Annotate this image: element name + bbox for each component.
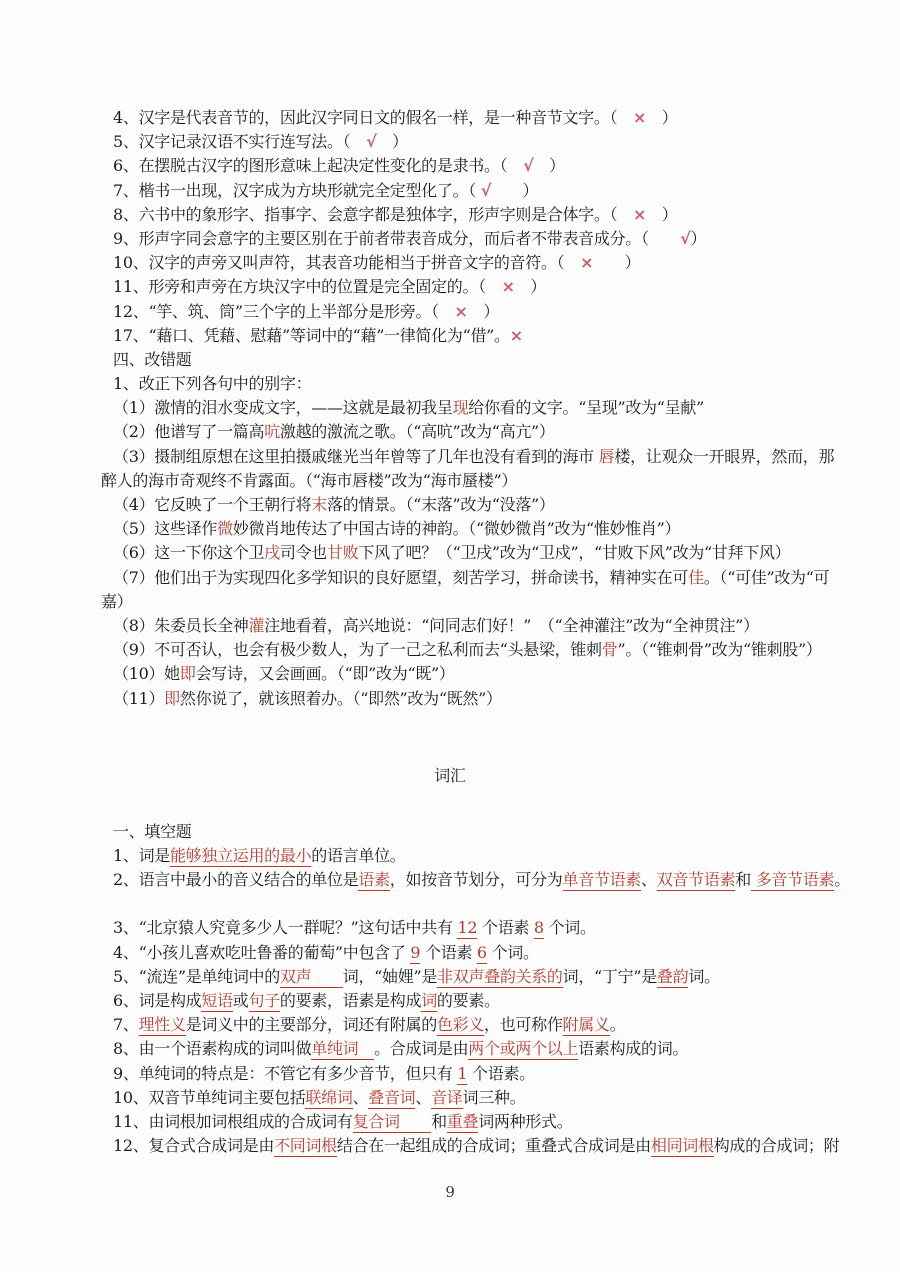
- answer-blank-filled: 双声: [280, 967, 343, 988]
- text-segment: 6、词是构成: [113, 991, 201, 1010]
- text-segment: 词两种形式。: [478, 1112, 572, 1131]
- text-segment: ）: [515, 277, 546, 296]
- text-segment: 一、填空题: [113, 822, 192, 841]
- text-segment: （10）她: [113, 664, 180, 683]
- text-segment: 8、六书中的象形字、指事字、会意字都是独体字，形声字则是合体字。（: [113, 205, 633, 224]
- text-segment: 四、改错题: [113, 350, 192, 369]
- text-segment: 6、在摆脱古汉字的图形意味上起决定性变化的是隶书。（: [113, 156, 523, 175]
- text-segment: 12、“竽、筑、筒”三个字的上半部分是形旁。（: [113, 302, 455, 321]
- answer-blank-filled: 短语: [201, 991, 232, 1012]
- section-heading: 四、改错题: [101, 348, 880, 372]
- correction-item: （5）这些译作微妙微肖地传达了中国古诗的神韵。（“微妙微肖”改为“惟妙惟肖”）: [101, 517, 880, 541]
- text-segment: 10、双音节单纯词主要包括: [113, 1088, 305, 1107]
- text-segment: 和: [735, 870, 751, 889]
- correction-item-wrap: 嘉）: [101, 590, 880, 614]
- answer-blank-filled: 音译: [431, 1088, 462, 1109]
- text-segment: （5）这些译作: [113, 519, 217, 538]
- answer-blank-filled: 单音节语素: [563, 870, 642, 891]
- correction-item: （2）他谱写了一篇高吭激越的激流之歌。（“高吭”改为“高亢”）: [101, 420, 880, 444]
- text-segment: 词，“妯娌”是: [343, 967, 437, 986]
- highlighted-char: 唇: [599, 447, 615, 466]
- text-segment: （3）摄制组原想在这里拍摄戚继光当年曾等了几年也没有看到的海市: [113, 447, 599, 466]
- vocab-item: 2、语言中最小的音义结合的单位是语素，如按音节划分，可分为单音节语素、双音节语素…: [101, 868, 880, 892]
- text-segment: （6）这一下你这个卫: [113, 543, 264, 562]
- vocab-item: 7、理性义是词义中的主要部分，词还有附属的色彩义，也可称作附属义。: [101, 1013, 880, 1037]
- vocab-item: 5、“流连”是单纯词中的双声 词，“妯娌”是非双声叠韵关系的词，“丁宁”是叠韵词…: [101, 965, 880, 989]
- text-segment: 个词。: [487, 943, 539, 962]
- highlighted-char: 现: [453, 398, 469, 417]
- text-segment: 5、汉字记录汉语不实行连写法。（: [113, 132, 366, 151]
- text-segment: 或: [233, 991, 249, 1010]
- text-segment: 词汇: [434, 766, 465, 785]
- text-segment: 12、复合式合成词是由: [113, 1136, 274, 1155]
- answer-blank-filled: 附属义: [563, 1015, 610, 1036]
- correction-item: （1）激情的泪水变成文字，——这就是最初我呈现给你看的文字。“呈现”改为“呈献”: [101, 396, 880, 420]
- answer-blank-filled: 9: [410, 943, 420, 964]
- text-segment: 个词。: [544, 918, 596, 937]
- highlighted-char: 即: [164, 689, 180, 708]
- text-segment: 5、“流连”是单纯词中的: [113, 967, 280, 986]
- answer-blank-filled: 两个或两个以上: [468, 1039, 578, 1060]
- text-segment: 词。: [688, 967, 719, 986]
- tf-item: 11、形旁和声旁在方块汉字中的位置是完全固定的。（ × ）: [101, 275, 880, 299]
- answer-blank-filled: 单纯词: [311, 1039, 374, 1060]
- highlighted-char: 灌: [248, 616, 264, 635]
- spacer: [101, 788, 880, 820]
- spacer: [101, 892, 880, 916]
- text-segment: 17、“藉口、凭藉、慰藉”等词中的“藉”一律简化为“借”。: [113, 326, 510, 345]
- text-segment: 会写诗，又会画画。（“即”改为“既”）: [196, 664, 455, 683]
- text-segment: 和: [431, 1112, 447, 1131]
- text-segment: ”。（“锥刺骨”改为“锥刺股”）: [617, 640, 821, 659]
- text-segment: 11、形旁和声旁在方块汉字中的位置是完全固定的。（: [113, 277, 502, 296]
- tf-item: 10、汉字的声旁又叫声符，其表音功能相当于拼音文字的音符。（ × ）: [101, 251, 880, 275]
- text-segment: （1）激情的泪水变成文字，——这就是最初我呈: [113, 398, 453, 417]
- tf-item: 5、汉字记录汉语不实行连写法。（ √ ）: [101, 130, 880, 154]
- text-segment: 10、汉字的声旁又叫声符，其表音功能相当于拼音文字的音符。（: [113, 253, 580, 272]
- answer-blank-filled: 重叠: [447, 1112, 478, 1133]
- text-segment: 1、词是: [113, 846, 170, 865]
- answer-blank-filled: 色彩义: [437, 1015, 484, 1036]
- text-segment: 词三种。: [463, 1088, 526, 1107]
- text-segment: 下风了吧？（“卫戌”改为“卫戍”，“甘败下风”改为“甘拜下风）: [358, 543, 790, 562]
- answer-blank-filled: 能够独立运用的最小: [170, 846, 311, 867]
- text-segment: 9、形声字同会意字的主要区别在于前者带表音成分，而后者不带表音成分。（: [113, 229, 680, 248]
- correction-item: （11）即然你说了，就该照着办。（“即然”改为“既然”）: [101, 687, 880, 711]
- grading-mark: √: [523, 156, 533, 175]
- text-segment: 的要素，语素是构成: [280, 991, 421, 1010]
- answer-blank-filled: 1: [457, 1064, 467, 1085]
- answer-blank-filled: 6: [477, 943, 487, 964]
- text-segment: （4）它反映了一个王朝行将: [113, 495, 311, 514]
- answer-blank-filled: 词: [421, 991, 437, 1012]
- answer-blank-filled: 12: [457, 918, 477, 939]
- correction-item: （4）它反映了一个王朝行将末落的情景。（“末落”改为“没落”）: [101, 493, 880, 517]
- tf-item: 9、形声字同会意字的主要区别在于前者带表音成分，而后者不带表音成分。（ √）: [101, 227, 880, 251]
- text-segment: 给你看的文字。“呈现”改为“呈献”: [468, 398, 704, 417]
- text-segment: 11、由词根加词根组成的合成词有: [113, 1112, 353, 1131]
- text-segment: 个语素: [477, 918, 534, 937]
- text-segment: 。合成词是由: [374, 1039, 468, 1058]
- text-segment: 7、: [113, 1015, 139, 1034]
- vocab-item: 12、复合式合成词是由不同词根结合在一起组成的合成词；重叠式合成词是由相同词根构…: [101, 1134, 880, 1158]
- vocab-item: 1、词是能够独立运用的最小的语言单位。: [101, 844, 880, 868]
- vocab-item: 6、词是构成短语或句子的要素，语素是构成词的要素。: [101, 989, 880, 1013]
- text-segment: （7）他们出于为实现四化多学知识的良好愿望，刻苦学习，拼命读书，精神实在可: [113, 568, 688, 587]
- highlighted-char: 佳: [688, 568, 704, 587]
- correction-item: （10）她即会写诗，又会画画。（“即”改为“既”）: [101, 662, 880, 686]
- subsection-heading: 1、改正下列各句中的别字：: [101, 372, 880, 396]
- text-segment: 8、由一个语素构成的词叫做: [113, 1039, 311, 1058]
- text-segment: 2、语言中最小的音义结合的单位是: [113, 870, 358, 889]
- text-segment: ）: [376, 132, 407, 151]
- highlighted-char: 戌: [264, 543, 280, 562]
- vocab-item: 11、由词根加词根组成的合成词有复合词 和重叠词两种形式。: [101, 1110, 880, 1134]
- tf-item: 8、六书中的象形字、指事字、会意字都是独体字，形声字则是合体字。（ × ）: [101, 203, 880, 227]
- answer-blank-filled: 8: [534, 918, 544, 939]
- grading-mark: ×: [633, 205, 646, 224]
- answer-blank-filled: 句子: [249, 991, 280, 1012]
- spacer: [101, 1158, 880, 1180]
- answer-blank-filled: 相同词根: [651, 1136, 714, 1157]
- tf-item: 12、“竽、筑、筒”三个字的上半部分是形旁。（ × ）: [101, 300, 880, 324]
- subsection-heading: 一、填空题: [101, 820, 880, 844]
- answer-blank-filled: 非双声叠韵关系的: [437, 967, 563, 988]
- answer-blank-filled: 联绵词: [305, 1088, 352, 1109]
- tf-item: 7、楷书一出现，汉字成为方块形就完全定型化了。（ √ ）: [101, 179, 880, 203]
- text-segment: ）: [646, 108, 677, 127]
- answer-blank-filled: 复合词: [353, 1112, 432, 1133]
- text-segment: ）: [468, 302, 499, 321]
- text-segment: 词，“丁宁”是: [563, 967, 657, 986]
- text-segment: 4、汉字是代表音节的，因此汉字同日文的假名一样，是一种音节文字。（: [113, 108, 633, 127]
- vocab-item: 8、由一个语素构成的词叫做单纯词 。合成词是由两个或两个以上语素构成的词。: [101, 1037, 880, 1061]
- highlighted-char: 微: [217, 519, 233, 538]
- text-segment: （8）朱委员长全神: [113, 616, 248, 635]
- document-body: 4、汉字是代表音节的，因此汉字同日文的假名一样，是一种音节文字。（ × ）5、汉…: [101, 106, 880, 1180]
- highlighted-char: 甘败: [327, 543, 358, 562]
- answer-blank-filled: 叠音词: [368, 1088, 415, 1109]
- doc-title: 词汇: [0, 764, 900, 788]
- correction-item: （9）不可否认，也会有极少数人，为了一己之私利而去“头悬梁，锥刺骨”。（“锥刺骨…: [101, 638, 880, 662]
- correction-item-wrap: 醉人的海市奇观终不肯露面。（“海市唇楼”改为“海市蜃楼”）: [101, 469, 880, 493]
- text-segment: 醉人的海市奇观终不肯露面。（“海市唇楼”改为“海市蜃楼”）: [101, 471, 517, 490]
- answer-blank-filled: 不同词根: [274, 1136, 337, 1157]
- text-segment: 的要素。: [437, 991, 500, 1010]
- grading-mark: ×: [502, 277, 515, 296]
- answer-blank-filled: 叠韵: [657, 967, 688, 988]
- text-segment: 的语言单位。: [311, 846, 405, 865]
- document-page: 4、汉字是代表音节的，因此汉字同日文的假名一样，是一种音节文字。（ × ）5、汉…: [0, 0, 900, 1205]
- grading-mark: √: [481, 181, 491, 200]
- text-segment: 9、单纯词的特点是：不管它有多少音节，但只有: [113, 1064, 457, 1083]
- vocab-item: 10、双音节单纯词主要包括联绵词、叠音词、音译词三种。: [101, 1086, 880, 1110]
- text-segment: 注地看着，高兴地说：“问同志们好！” （“全神灌注”改为“全神贯注”）: [264, 616, 759, 635]
- tf-item: 4、汉字是代表音节的，因此汉字同日文的假名一样，是一种音节文字。（ × ）: [101, 106, 880, 130]
- text-segment: 。: [834, 870, 850, 889]
- text-segment: ）: [491, 181, 538, 200]
- text-segment: 。: [610, 1015, 626, 1034]
- tf-item: 17、“藉口、凭藉、慰藉”等词中的“藉”一律简化为“借”。×: [101, 324, 880, 348]
- text-segment: 楼，让观众一开眼界，然而，那: [614, 447, 834, 466]
- grading-mark: ×: [510, 326, 523, 345]
- vocab-item: 9、单纯词的特点是：不管它有多少音节，但只有 1 个语素。: [101, 1062, 880, 1086]
- vocab-item: 4、“小孩儿喜欢吃吐鲁番的葡萄”中包含了 9 个语素 6 个词。: [101, 941, 880, 965]
- answer-blank-filled: 双音节语素: [657, 870, 736, 891]
- text-segment: 1、改正下列各句中的别字：: [113, 374, 311, 393]
- highlighted-char: 即: [180, 664, 196, 683]
- text-segment: 然你说了，就该照着办。（“即然”改为“既然”）: [180, 689, 502, 708]
- text-segment: 3、“北京猿人究竟多少人一群呢？”这句话中共有: [113, 918, 457, 937]
- grading-mark: √: [366, 132, 376, 151]
- text-segment: （9）不可否认，也会有极少数人，为了一己之私利而去“头悬梁，锥刺: [113, 640, 602, 659]
- correction-item: （7）他们出于为实现四化多学知识的良好愿望，刻苦学习，拼命读书，精神实在可佳。（…: [101, 566, 880, 590]
- text-segment: 4、“小孩儿喜欢吃吐鲁番的葡萄”中包含了: [113, 943, 410, 962]
- text-segment: ）: [593, 253, 640, 272]
- answer-blank-filled: 理性义: [139, 1015, 186, 1036]
- text-segment: 个语素。: [467, 1064, 535, 1083]
- text-segment: 。（“可佳”改为“可: [704, 568, 830, 587]
- text-segment: 、: [353, 1088, 369, 1107]
- grading-mark: ×: [455, 302, 468, 321]
- text-segment: 妙微肖地传达了中国古诗的神韵。（“微妙微肖”改为“惟妙惟肖”）: [233, 519, 680, 538]
- highlighted-char: 末: [311, 495, 327, 514]
- page-number: 9: [0, 1180, 900, 1204]
- text-segment: （2）他谱写了一篇高: [113, 422, 264, 441]
- grading-mark: ×: [580, 253, 593, 272]
- text-segment: 个语素: [420, 943, 477, 962]
- answer-blank-filled: 语素: [358, 870, 389, 891]
- text-segment: 结合在一起组成的合成词；重叠式合成词是由: [337, 1136, 651, 1155]
- vocab-item: 3、“北京猿人究竟多少人一群呢？”这句话中共有 12 个语素 8 个词。: [101, 916, 880, 940]
- text-segment: ）: [646, 205, 677, 224]
- highlighted-char: 吭: [264, 422, 280, 441]
- highlighted-char: 骨: [602, 640, 618, 659]
- text-segment: 构成的合成词；附: [714, 1136, 840, 1155]
- text-segment: 、: [415, 1088, 431, 1107]
- text-segment: 落的情景。（“末落”改为“没落”）: [327, 495, 555, 514]
- text-segment: （11）: [113, 689, 164, 708]
- text-segment: 嘉）: [101, 592, 132, 611]
- text-segment: ）: [690, 229, 706, 248]
- text-segment: 激越的激流之歌。（“高吭”改为“高亢”）: [280, 422, 555, 441]
- grading-mark: √: [680, 229, 690, 248]
- spacer: [101, 711, 880, 764]
- text-segment: 7、楷书一出现，汉字成为方块形就完全定型化了。（: [113, 181, 481, 200]
- text-segment: ）: [533, 156, 564, 175]
- text-segment: ，也可称作: [484, 1015, 563, 1034]
- answer-blank-filled: 多音节语素: [751, 870, 834, 891]
- text-segment: 语素构成的词。: [578, 1039, 688, 1058]
- text-segment: 司令也: [280, 543, 327, 562]
- text-segment: 、: [641, 870, 657, 889]
- tf-item: 6、在摆脱古汉字的图形意味上起决定性变化的是隶书。（ √ ）: [101, 154, 880, 178]
- correction-item: （6）这一下你这个卫戌司令也甘败下风了吧？（“卫戌”改为“卫戍”，“甘败下风”改…: [101, 541, 880, 565]
- correction-item: （8）朱委员长全神灌注地看着，高兴地说：“问同志们好！” （“全神灌注”改为“全…: [101, 614, 880, 638]
- correction-item: （3）摄制组原想在这里拍摄戚继光当年曾等了几年也没有看到的海市 唇楼，让观众一开…: [101, 445, 880, 469]
- grading-mark: ×: [633, 108, 646, 127]
- text-segment: ，如按音节划分，可分为: [390, 870, 563, 889]
- text-segment: 是词义中的主要部分，词还有附属的: [186, 1015, 437, 1034]
